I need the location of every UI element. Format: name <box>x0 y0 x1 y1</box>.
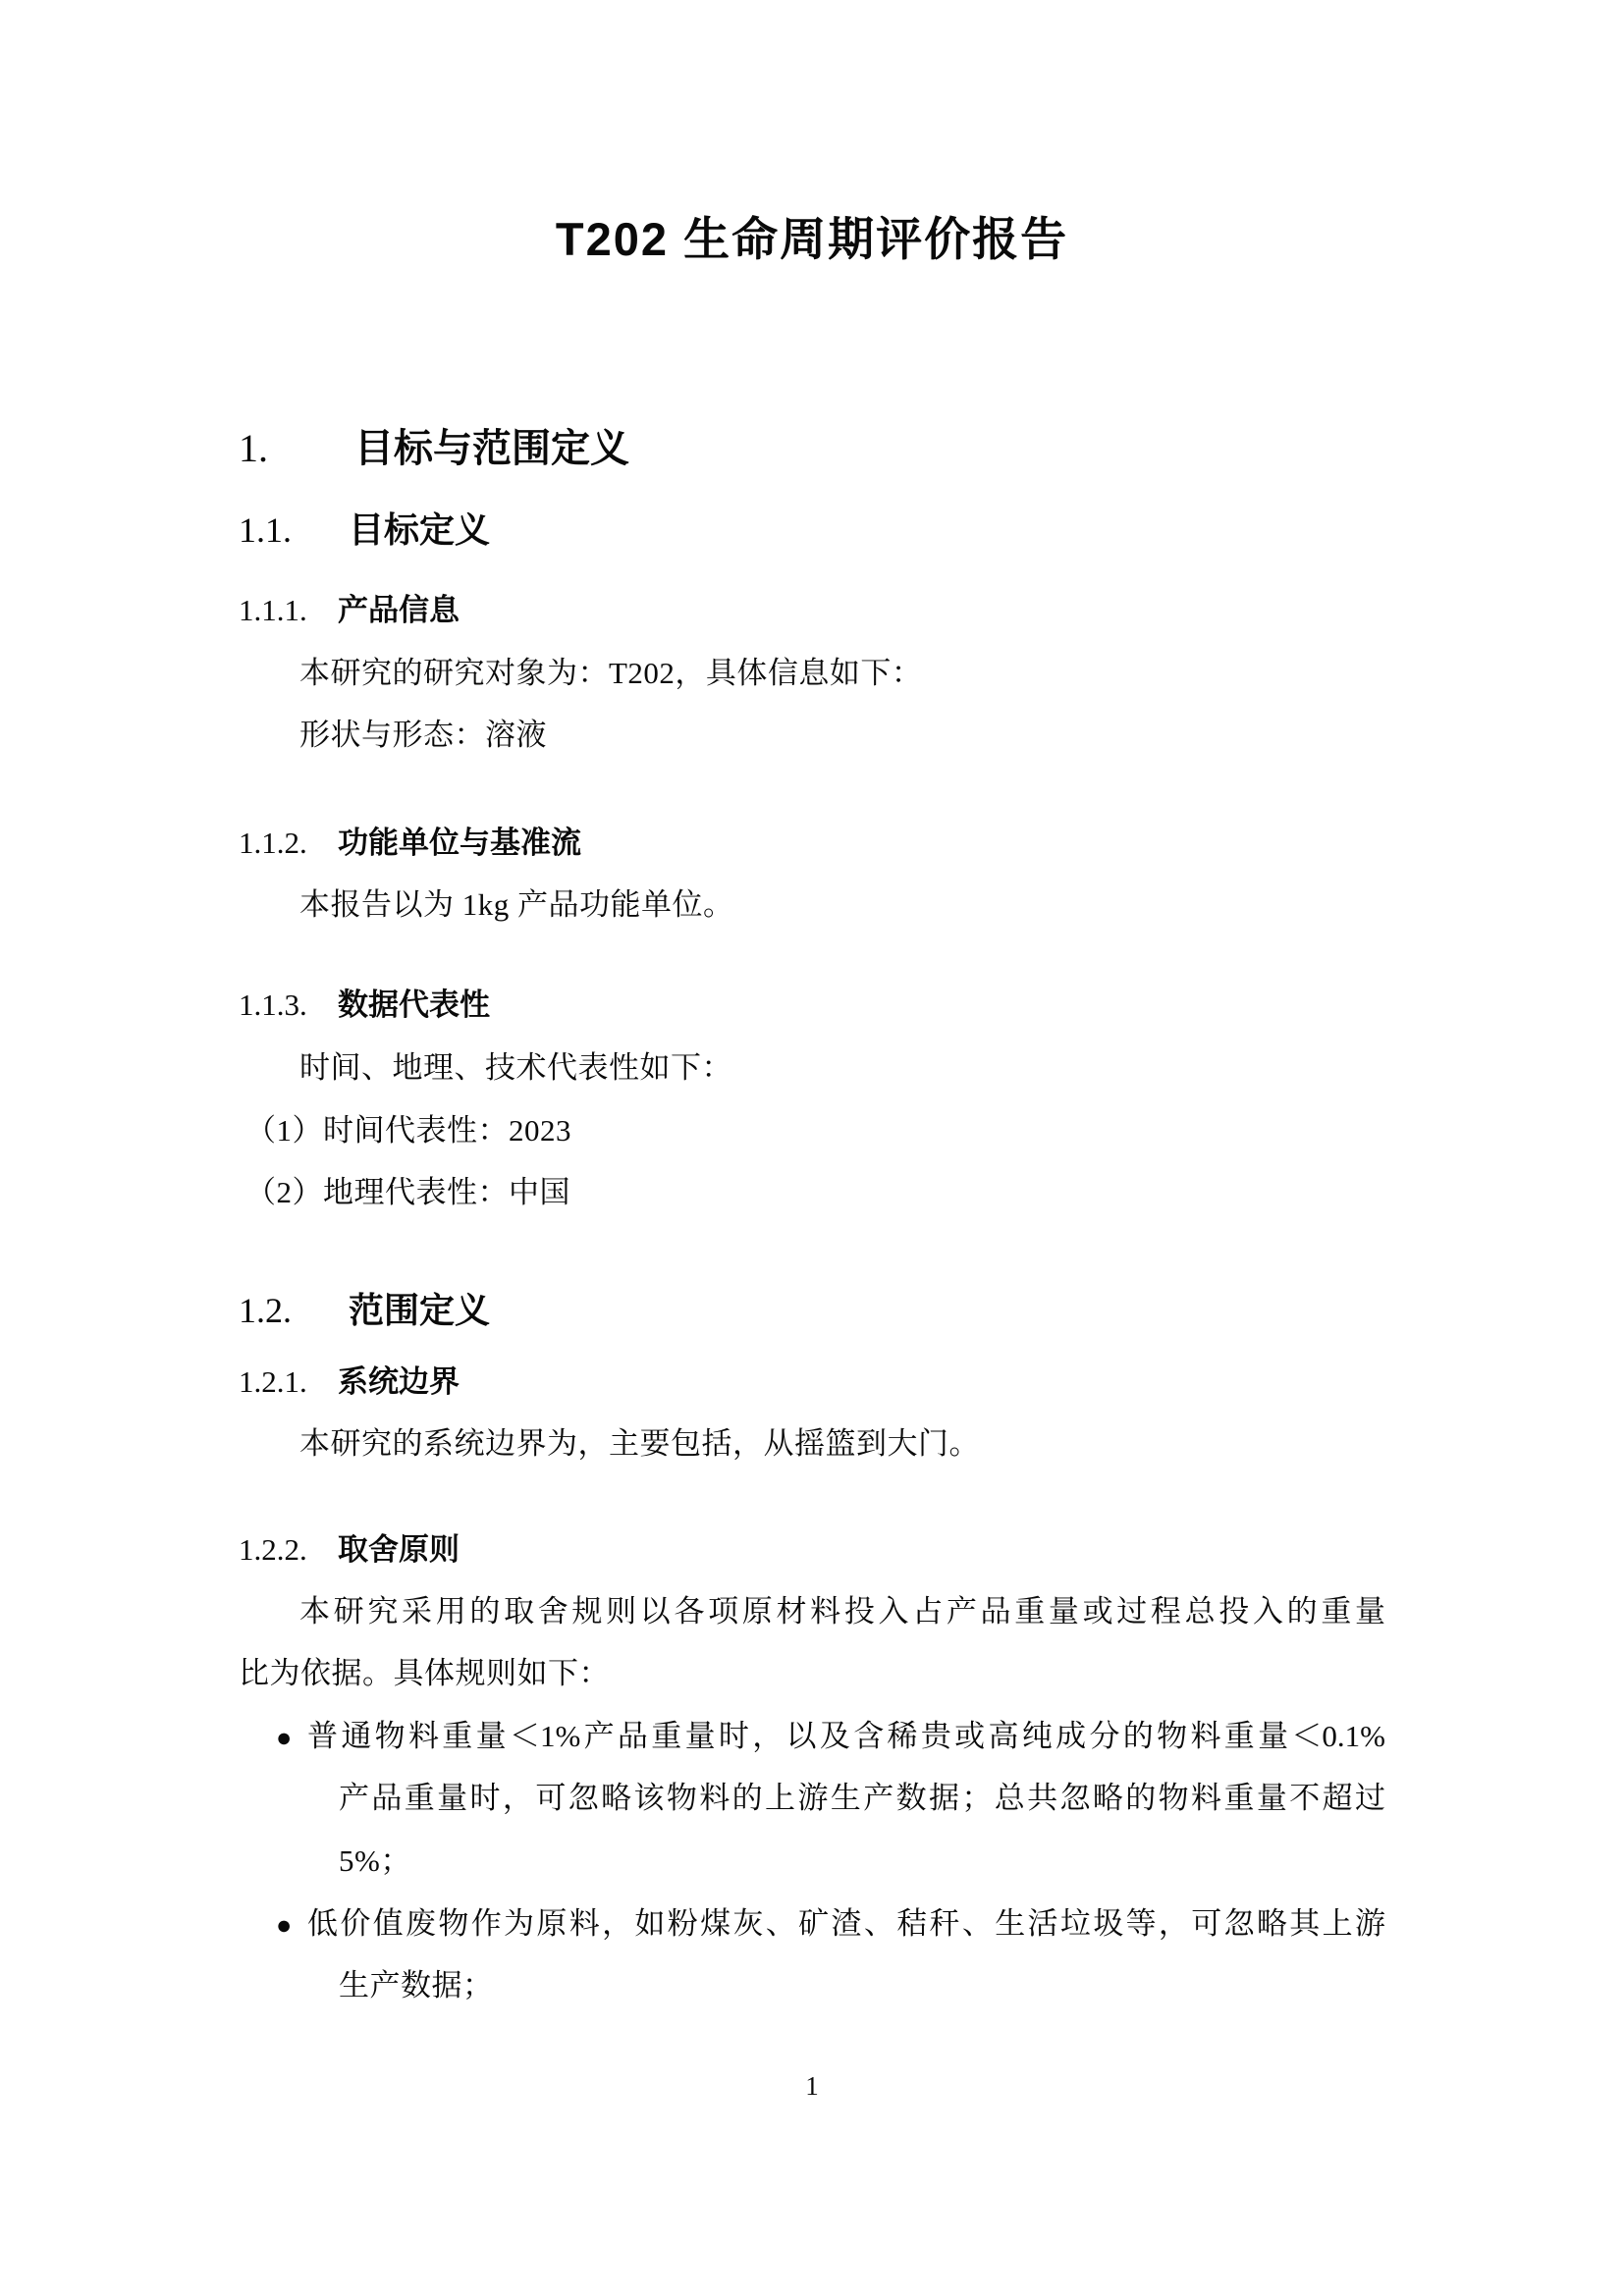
heading-goal-scope-definition: 1.目标与范围定义 <box>239 425 629 472</box>
paragraph-system-boundary: 本研究的系统边界为，主要包括，从摇篮到大门。 <box>299 1425 980 1464</box>
heading-label: 数据代表性 <box>338 988 490 1022</box>
paragraph-representativeness-intro: 时间、地理、技术代表性如下： <box>299 1049 732 1088</box>
heading-scope-definition: 1.2.范围定义 <box>239 1289 490 1332</box>
bullet-low-value-waste-line1: 低价值废物作为原料，如粉煤灰、矿渣、秸秆、生活垃圾等，可忽略其上游 <box>307 1905 1385 1944</box>
heading-system-boundary: 1.2.1.系统边界 <box>239 1363 460 1400</box>
page-number: 1 <box>0 2071 1624 2102</box>
heading-number: 1.2.1. <box>239 1363 338 1400</box>
paragraph-time-representativeness: （1）时间代表性：2023 <box>245 1112 571 1150</box>
heading-number: 1.2. <box>239 1290 349 1332</box>
paragraph-cutoff-line2: 比为依据。具体规则如下： <box>239 1655 610 1693</box>
paragraph-functional-unit: 本报告以为 1kg 产品功能单位。 <box>299 886 734 925</box>
heading-number: 1.1. <box>239 509 349 552</box>
bullet-low-value-waste-line2: 生产数据； <box>339 1967 494 2005</box>
heading-product-info: 1.1.1.产品信息 <box>239 592 460 628</box>
heading-cutoff-rules: 1.2.2.取舍原则 <box>239 1531 460 1568</box>
paragraph-product-object: 本研究的研究对象为：T202，具体信息如下： <box>299 655 922 693</box>
heading-label: 取舍原则 <box>338 1532 460 1567</box>
heading-number: 1. <box>239 425 354 472</box>
heading-number: 1.1.1. <box>239 592 338 628</box>
paragraph-product-form: 形状与形态：溶液 <box>299 717 547 755</box>
heading-label: 功能单位与基准流 <box>338 826 581 860</box>
document-title: T202 生命周期评价报告 <box>0 203 1624 269</box>
heading-label: 系统边界 <box>338 1364 460 1399</box>
document-page: T202 生命周期评价报告 1.目标与范围定义 1.1.目标定义 1.1.1.产… <box>0 0 1624 2296</box>
heading-goal-definition: 1.1.目标定义 <box>239 508 490 552</box>
heading-number: 1.2.2. <box>239 1531 338 1568</box>
heading-label: 产品信息 <box>338 593 460 627</box>
heading-label: 目标定义 <box>349 509 490 550</box>
heading-number: 1.1.3. <box>239 987 338 1023</box>
bullet-icon: ● <box>276 1907 292 1945</box>
paragraph-geo-representativeness: （2）地理代表性：中国 <box>245 1174 570 1212</box>
bullet-common-material-line3: 5%； <box>339 1842 411 1881</box>
bullet-common-material-line1: 普通物料重量＜1%产品重量时，以及含稀贵或高纯成分的物料重量＜0.1% <box>307 1718 1385 1756</box>
heading-label: 范围定义 <box>349 1290 490 1330</box>
heading-label: 目标与范围定义 <box>354 427 629 470</box>
bullet-icon: ● <box>276 1720 292 1757</box>
heading-data-representativeness: 1.1.3.数据代表性 <box>239 987 490 1023</box>
paragraph-cutoff-line1: 本研究采用的取舍规则以各项原材料投入占产品重量或过程总投入的重量 <box>299 1593 1385 1631</box>
heading-number: 1.1.2. <box>239 825 338 861</box>
bullet-common-material-line2: 产品重量时，可忽略该物料的上游生产数据；总共忽略的物料重量不超过 <box>339 1780 1385 1818</box>
heading-functional-unit: 1.1.2.功能单位与基准流 <box>239 825 581 861</box>
